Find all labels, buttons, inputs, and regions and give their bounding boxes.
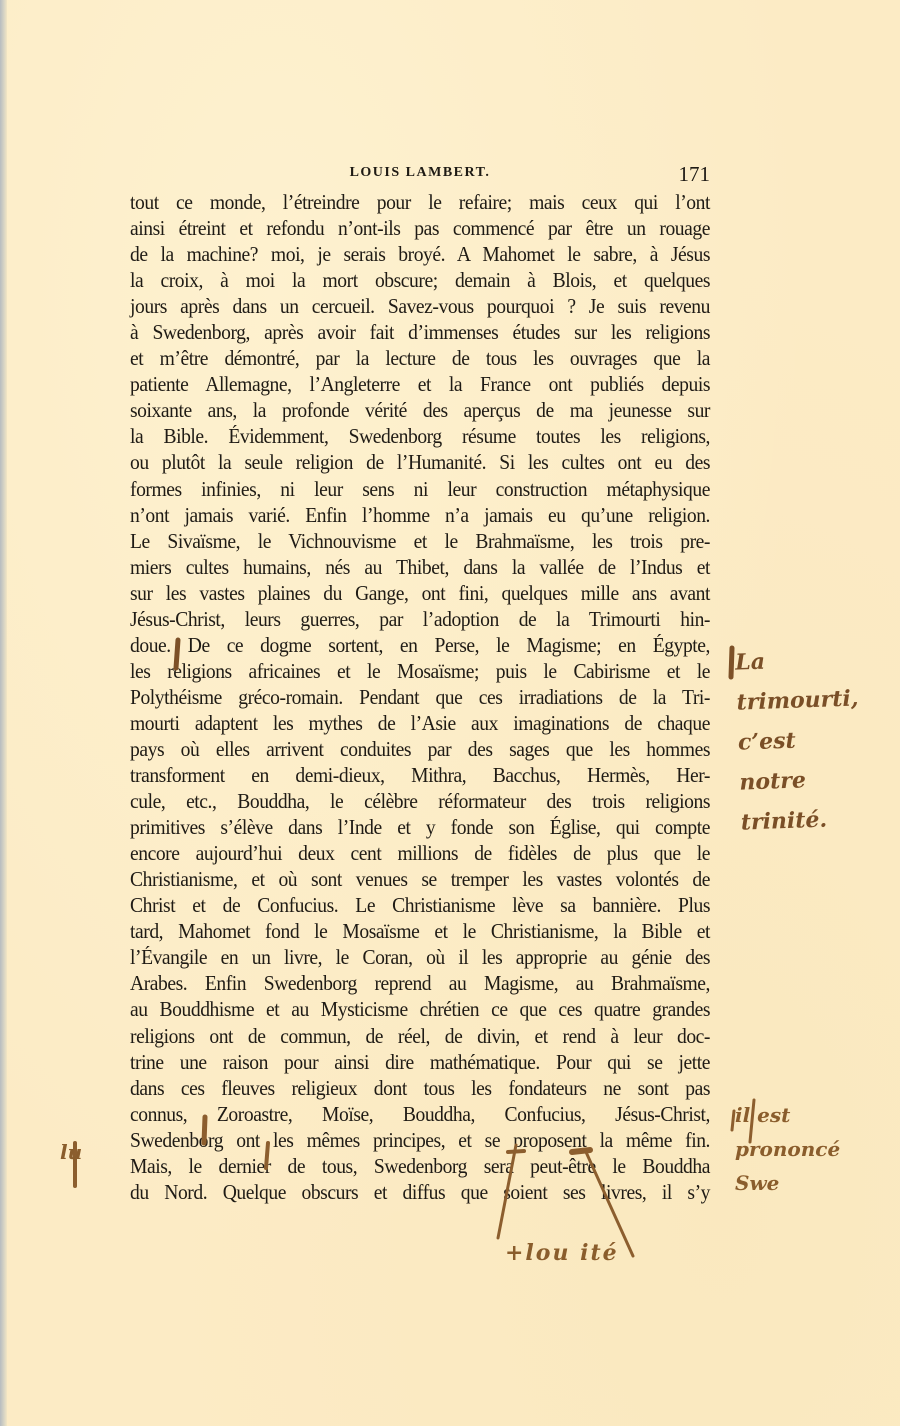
handwritten-note-prononce: il est prononcé Swe [735, 1098, 885, 1200]
handwritten-note-left: lu [60, 1140, 82, 1164]
scan-edge [0, 0, 7, 1426]
text-line: Polythéisme gréco-romain. Pendant que ce… [130, 685, 710, 712]
text-line: mourti adaptent les mythes de l’Asie aux… [130, 711, 710, 738]
text-line: encore aujourd’hui deux cent millions de… [130, 842, 710, 869]
text-line: Christianisme, et où sont venues se trem… [130, 868, 710, 895]
text-line: primitives s’élève dans l’Inde et y fond… [130, 815, 710, 842]
text-line: l’Évangile en un livre, le Coran, où il … [130, 946, 710, 973]
note-line: La [735, 637, 886, 682]
text-line: religions ont de commun, de réel, de div… [130, 1024, 710, 1051]
text-line: ainsi étreint et refondu n’ont-ils pas c… [130, 216, 710, 243]
running-title: LOUIS LAMBERT. [130, 165, 710, 181]
text-line: doue. De ce dogme sortent, en Perse, le … [130, 633, 710, 660]
text-line: connus, Zoroastre, Moïse, Bouddha, Confu… [130, 1102, 710, 1129]
handwritten-note-trimourti: La trimourti, c’est notre trinité. [735, 637, 892, 842]
text-line: Christ et de Confucius. Le Christianisme… [130, 894, 710, 921]
text-line: formes infinies, ni leur sens ni leur co… [130, 477, 710, 504]
text-line: Arabes. Enfin Swedenborg reprend au Magi… [130, 972, 710, 999]
text-line: jours après dans un cercueil. Savez-vous… [130, 295, 710, 322]
text-line: trine une raison pour ainsi dire mathéma… [130, 1050, 710, 1077]
text-line: transforment en demi-dieux, Mithra, Bacc… [130, 763, 710, 790]
text-line: soixante ans, la profonde vérité des ape… [130, 399, 710, 426]
page-number: 171 [679, 162, 711, 187]
text-line: du Nord. Quelque obscurs et diffus que s… [130, 1180, 710, 1207]
text-line: la Bible. Évidemment, Swedenborg résume … [130, 425, 710, 452]
text-line: Swedenborg ont les mêmes principes, et s… [130, 1128, 710, 1155]
text-line: tard, Mahomet fond le Mosaïsme et le Chr… [130, 920, 710, 947]
note-line: il est [735, 1098, 885, 1132]
text-line: pays où elles arrivent conduites par des… [130, 737, 710, 764]
running-head: LOUIS LAMBERT. 171 [130, 162, 710, 186]
note-line: trimourti, [736, 677, 887, 722]
text-line: de la machine? moi, je serais broyé. A M… [130, 242, 710, 269]
text-line: n’ont jamais varié. Enfin l’homme n’a ja… [130, 503, 710, 530]
text-line: miers cultes humains, nés au Thibet, dan… [130, 555, 710, 582]
note-line: Swe [735, 1166, 885, 1200]
text-line: dans ces fleuves religieux dont tous les… [130, 1076, 710, 1103]
note-line: prononcé [735, 1132, 885, 1166]
text-line: à Swedenborg, après avoir fait d’immense… [130, 321, 710, 348]
text-line: tout ce monde, l’étreindre pour le refai… [130, 190, 710, 217]
text-line: les religions africaines et le Mosaïsme;… [130, 659, 710, 686]
text-line: la croix, à moi la mort obscure; demain … [130, 268, 710, 295]
text-line: patiente Allemagne, l’Angleterre et la F… [130, 373, 710, 400]
handwritten-note-bottom: +lou ité [505, 1240, 619, 1266]
text-line: cule, etc., Bouddha, le célèbre réformat… [130, 789, 710, 816]
note-line: notre [739, 757, 890, 802]
note-line: c’est [737, 717, 888, 762]
text-line: Mais, le dernier de tous, Swedenborg ser… [130, 1154, 710, 1181]
text-line: et m’être démontré, par la lecture de to… [130, 347, 710, 374]
text-line: au Bouddhisme et au Mysticisme chrétien … [130, 998, 710, 1025]
note-line: trinité. [740, 797, 891, 842]
text-line: Le Sivaïsme, le Vichnouvisme et le Brahm… [130, 529, 710, 556]
text-line: Jésus-Christ, leurs guerres, par l’adopt… [130, 607, 710, 634]
text-line: ou plutôt la seule religion de l’Humanit… [130, 451, 710, 478]
text-line: sur les vastes plaines du Gange, ont fin… [130, 581, 710, 608]
body-text: tout ce monde, l’étreindre pour le refai… [130, 191, 710, 1207]
